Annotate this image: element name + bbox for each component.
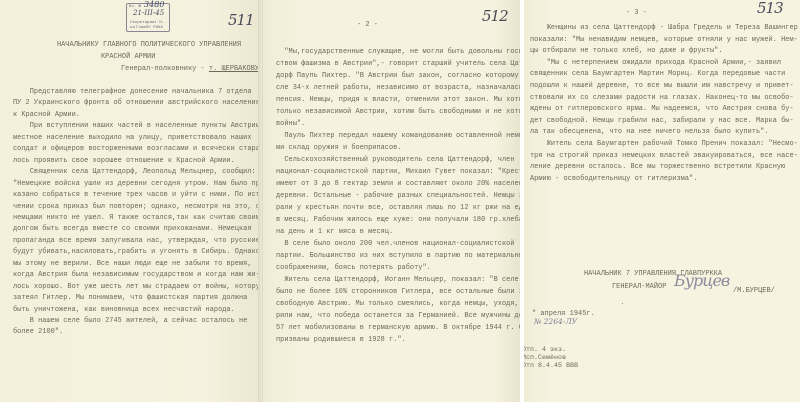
text-line: ждены от гитлеровского ярма. Мы надеемся… bbox=[530, 103, 794, 115]
text-line: "Мы,государственные служащие, не могли б… bbox=[276, 46, 520, 58]
text-line: ление деревни осталось. Все мы торжестве… bbox=[530, 161, 785, 173]
text-line: соображениям, боясь потерять работу". bbox=[276, 262, 431, 274]
document-page-1: Вх. № 3480 21-III-45 Секретариат Н-ка Гл… bbox=[0, 0, 258, 402]
text-line: партии. Большинство из них вступило в па… bbox=[276, 250, 520, 262]
document-page-3: - 3 - 513 Женщины из села Цаттендорф - Ш… bbox=[522, 0, 800, 402]
addressee-name: т. ЩЕРБАКОВУ А.С. bbox=[209, 65, 258, 73]
text-line: призваны родившиеся в 1928 г.". bbox=[276, 334, 406, 346]
text-line: Житель села Цаттендорф, Иоганн Мельцер, … bbox=[276, 274, 519, 286]
text-line: деревни. Остальные - рабочие разных спец… bbox=[276, 190, 520, 202]
text-line: в месяц. Рабочим жилось еще хуже: они по… bbox=[276, 214, 520, 226]
text-line: только независимой Австрии, хотим быть с… bbox=[276, 106, 520, 118]
text-line: свободную Австрию. Мы только смеялись, к… bbox=[276, 298, 520, 310]
text-line: Представляю телеграфное донесение началь… bbox=[13, 86, 252, 98]
text-line: лось проявить свое хорошее отношение к К… bbox=[13, 155, 235, 167]
text-line: солдат и офицеров восторженными возгласа… bbox=[13, 143, 258, 155]
text-line: пропаганда все время запугивала нас, утв… bbox=[13, 235, 258, 247]
text-line: ПУ 2 Украинского фронта об отношении авс… bbox=[13, 97, 258, 109]
text-line: ствовали их со слезами радости на глазах… bbox=[530, 92, 794, 104]
text-line: В селе было около 200 чел.членов национа… bbox=[276, 238, 515, 250]
text-line: будут убивать,насиловать,грабить и угоня… bbox=[13, 246, 258, 258]
text-line: тря на строгий приказ немецких властей э… bbox=[530, 150, 798, 162]
addressee-prefix: Генерал-полковнику - bbox=[121, 65, 209, 73]
text-line: Священник села Цаттендорф, Леопольд Мель… bbox=[13, 166, 256, 178]
text-line: затеял Гитлер. Мы понимаем, что фашистск… bbox=[13, 292, 247, 304]
heading-line-2: КРАСНОЙ АРМИИ bbox=[101, 51, 155, 63]
text-line: цы отбирали не только хлеб, но даже и фр… bbox=[530, 45, 723, 57]
text-line: Пауль Пихтер передал нашему командованию… bbox=[276, 130, 520, 142]
folio-number: 513 bbox=[757, 2, 783, 14]
text-line: быть уничтожена, как виновница всех несч… bbox=[13, 304, 235, 316]
text-line: 57 лет мобилизованы в германскую армию. … bbox=[276, 322, 520, 334]
stamp-date: 21-III-45 bbox=[133, 11, 164, 16]
registration-number: № 2264-ЛУ bbox=[534, 316, 577, 328]
addressee: Генерал-полковнику - т. ЩЕРБАКОВУ А.С. bbox=[121, 63, 258, 75]
folio-number: 511 bbox=[228, 14, 254, 26]
text-line: Армию - освободительницу от гитлеризма". bbox=[530, 173, 697, 185]
text-line: священник села Баумгартен Мартин Мориц. … bbox=[530, 68, 785, 80]
text-line: Отп 8.4.45 ВВВ bbox=[522, 360, 578, 372]
text-line: немцами никто не ушел. Я также остался,т… bbox=[13, 212, 258, 224]
stamp-line-4: ГлавПУ РККА bbox=[136, 26, 163, 31]
text-line: ла так обесценена, что на нее ничего нел… bbox=[530, 126, 769, 138]
text-line: на день и 1 кг мяса в месяц. bbox=[276, 226, 393, 238]
text-line: национал-социалистской партии, Михаил Гу… bbox=[276, 166, 520, 178]
text-line: чении срока приказ был повторен; однако,… bbox=[13, 201, 258, 213]
text-line: Сельскохозяйственный руководитель села Ц… bbox=[276, 154, 515, 166]
text-line: лось хорошо. Вот уже шесть лет мы страда… bbox=[13, 281, 258, 293]
text-line: дорф Паупь Пихтер. "В Австрии был закон,… bbox=[276, 70, 520, 82]
text-line: долгом быть всегда вместе со своими прих… bbox=[13, 223, 252, 235]
text-line: показали: "Мы ненавидим немцев, которые … bbox=[530, 34, 798, 46]
text-line: подошли к нашей деревне, то все мы вышли… bbox=[530, 80, 794, 92]
heading-line-1: НАЧАЛЬНИКУ ГЛАВНОГО ПОЛИТИЧЕСКОГО УПРАВЛ… bbox=[57, 39, 241, 51]
text-line: рили нам, что победа останется за Герман… bbox=[276, 310, 520, 322]
text-line: "Немецкие войска ушли из деревни сегодня… bbox=[13, 178, 258, 190]
stamp-number: 3480 bbox=[144, 2, 165, 7]
registration-stamp: Вх. № 3480 21-III-45 Секретариат Н-ка Гл… bbox=[126, 3, 170, 32]
text-line: казано собраться в течение трех часов и … bbox=[13, 189, 258, 201]
page-number: - 3 - bbox=[626, 7, 647, 19]
paper-speck bbox=[622, 303, 623, 304]
text-line: сле 34-х летней работы, независимо от во… bbox=[276, 82, 520, 94]
signatory-name: /М.БУРЦЕВ/ bbox=[733, 285, 775, 297]
text-line: мы этому не верили. Все наши люди еще не… bbox=[13, 258, 252, 270]
text-line: войны". bbox=[276, 118, 305, 130]
text-line: дет свободной. Немцы грабили нас, забира… bbox=[530, 115, 794, 127]
document-page-2: - 2 - 512 "Мы,государственные служащие, … bbox=[262, 0, 520, 402]
text-line: более 2100". bbox=[13, 326, 63, 338]
text-line: имеют от 3 до 8 гектар земли и составляю… bbox=[276, 178, 520, 190]
text-line: При вступлении наших частей в населенные… bbox=[13, 120, 258, 132]
text-line: рали у крестьян почти все, оставляя лишь… bbox=[276, 202, 520, 214]
handwritten-signature: Бурцев bbox=[674, 275, 729, 287]
text-line: когда Австрия была независимым государст… bbox=[13, 269, 258, 281]
text-line: "Мы с нетерпением ожидали прихода Красно… bbox=[530, 57, 781, 69]
text-line: пенсия. Немцы, придя к власти, отменили … bbox=[276, 94, 520, 106]
text-line: Женщины из села Цаттендорф - Шабра Греде… bbox=[530, 22, 798, 34]
text-line: Житель села Баумгартен рабочий Томко Пре… bbox=[530, 138, 798, 150]
text-line: В нашем селе было 2745 жителей, а сейчас… bbox=[13, 315, 247, 327]
text-line: ством фашизма в Австрии",- говорит старш… bbox=[276, 58, 520, 70]
text-line: ми склад оружия и боеприпасов. bbox=[276, 142, 402, 154]
text-line: было не более 10% сторонников Гитлера, в… bbox=[276, 286, 520, 298]
text-line: местное население выходило на улицу, при… bbox=[13, 132, 252, 144]
text-line: к Красной Армии. bbox=[13, 109, 80, 121]
signature-title-line-2: ГЕНЕРАЛ-МАЙОР bbox=[612, 281, 666, 293]
page-number: - 2 - bbox=[357, 19, 378, 31]
folio-number: 512 bbox=[482, 10, 508, 22]
